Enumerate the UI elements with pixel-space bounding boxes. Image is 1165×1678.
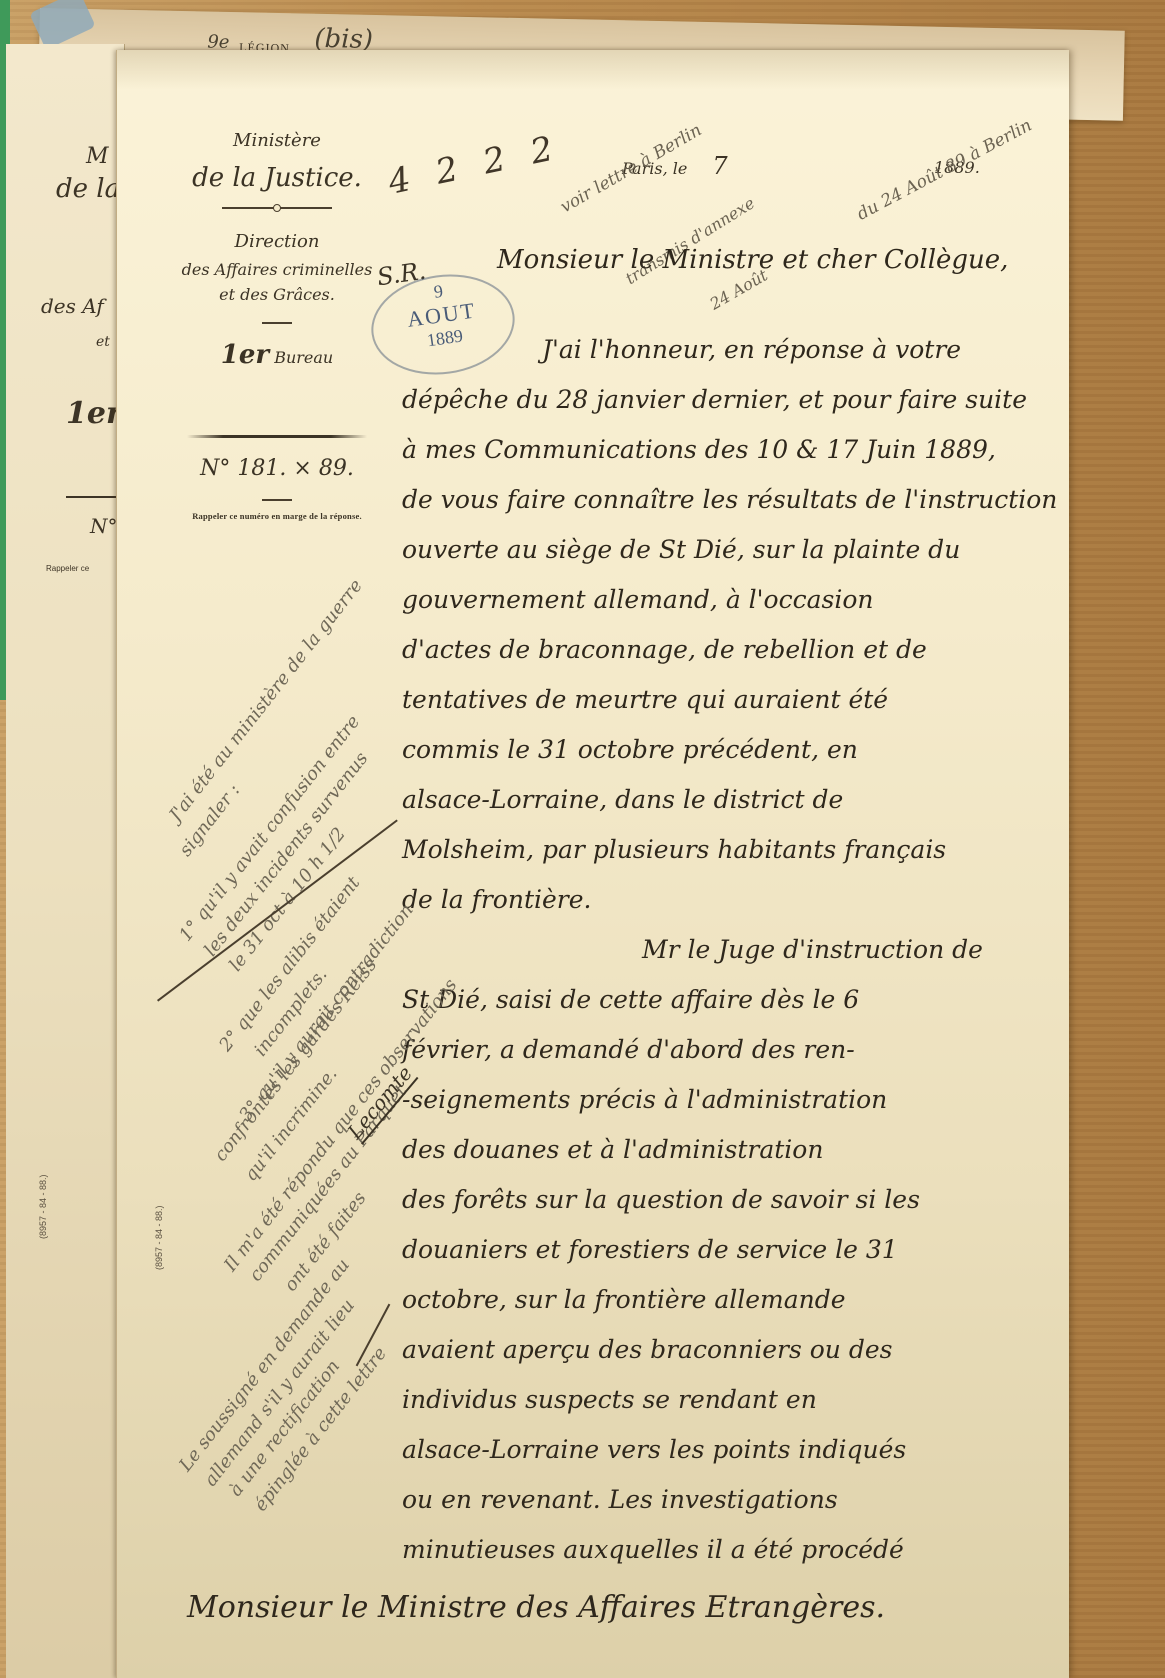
body-line: d'actes de braconnage, de rebellion et d… [402,625,1052,675]
affaires-label: des Affaires criminelles [167,260,387,279]
top-shadow [117,50,1069,90]
bureau-label: 1er Bureau [167,340,387,370]
left-fragment-affaires: des Af [41,294,104,318]
pencil-note-berlin: du 24 Août 89 à Berlin [854,115,1036,224]
bureau-number: 1er [221,340,269,370]
bureau-text: Bureau [274,348,333,367]
letterhead: Ministère de la Justice. Direction des A… [167,130,387,521]
long-divider [187,435,367,438]
left-vertical-code: (8957 - 84 - 88.) [38,1174,48,1239]
date-day: 7 [712,152,727,180]
short-divider [262,322,292,324]
main-vertical-code: (8957 - 84 - 88.) [154,1205,164,1270]
main-letter-sheet: Ministère de la Justice. Direction des A… [116,50,1069,1678]
body-line: de vous faire connaître les résultats de… [402,475,1052,525]
left-fragment-number: N° [90,514,118,538]
ministry-line1: Ministère [167,130,387,151]
body-line: gouvernement allemand, à l'occasion [402,575,1052,625]
body-line: minutieuses auxquelles il a été procédé [402,1525,1052,1575]
salutation: Monsieur le Ministre et cher Collègue, [497,245,1008,275]
left-fragment-rappel: Rappeler ce [46,564,89,573]
body-line: dépêche du 28 janvier dernier, et pour f… [402,375,1052,425]
left-fragment-bureau: 1er [66,396,122,431]
short-divider-2 [262,499,292,501]
left-fragment-de-la: de la [56,174,120,204]
graces-label: et des Grâces. [167,285,387,304]
body-line: à mes Communications des 10 & 17 Juin 18… [402,425,1052,475]
underlying-document-sheet: M de la des Af et 1er N° Rappeler ce (89… [6,44,125,1678]
addressee: Monsieur le Ministre des Affaires Etrang… [187,1590,885,1625]
pencil-margin-notes: J'ai été au ministère de la guerre signa… [142,670,502,1530]
left-fragment-et: et [96,334,110,350]
rappel-instruction: Rappeler ce numéro en marge de la répons… [167,511,387,521]
file-number: N° 181. × 89. [167,456,387,481]
left-fragment-ministere: M [86,144,109,169]
ornament-divider [222,207,332,209]
direction-label: Direction [167,231,387,252]
body-line: J'ai l'honneur, en réponse à votre [402,325,1052,375]
ministry-line2: de la Justice. [167,163,387,193]
reference-number: 4 2 2 2 [385,127,564,203]
body-line: ouverte au siège de St Dié, sur la plain… [402,525,1052,575]
